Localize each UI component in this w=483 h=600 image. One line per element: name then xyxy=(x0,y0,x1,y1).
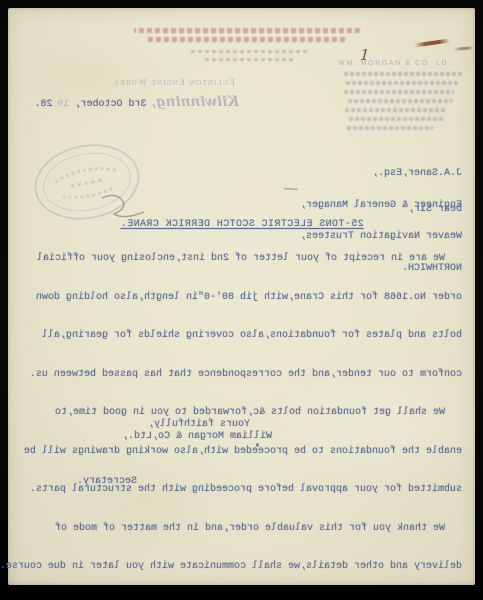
body-line: We thank you for this valuable order,and… xyxy=(10,524,462,543)
body-line: delivery and other details,we shall comm… xyxy=(10,562,462,581)
faint-letterhead-line xyxy=(134,28,360,33)
faint-letterhead-line xyxy=(191,50,307,53)
bleedthrough-line xyxy=(346,81,460,85)
ink-dot xyxy=(256,443,259,447)
body-line: conform to our tender,and the correspond… xyxy=(10,370,462,389)
letterhead-place: Kilwinning, xyxy=(152,94,239,110)
faint-letterhead-line xyxy=(147,37,345,42)
bleedthrough-line xyxy=(344,72,464,76)
faint-letterhead-line xyxy=(205,58,293,61)
bleedthrough-company-name: WM. MORGAN & CO. LD. xyxy=(338,60,452,67)
mirrored-letter-content: Eglinton Engine Works, Kilwinning, 3rd O… xyxy=(8,8,475,585)
valediction: Yours faithfully, xyxy=(148,420,250,430)
letterhead-dateline: Kilwinning, 3rd October, 19 28. xyxy=(34,94,239,110)
date-typed: 3rd October, xyxy=(75,100,147,110)
bleedthrough-line xyxy=(344,90,454,94)
secretary-signoff: Secretary. xyxy=(77,477,137,487)
body-line: order No.1668 for this Crane,with jib 80… xyxy=(10,293,462,312)
bleedthrough-line xyxy=(349,117,443,121)
bleedthrough-line xyxy=(345,108,445,112)
letterhead-works-line: Eglinton Engine Works, xyxy=(110,78,235,88)
letter-body: We are in receipt of your letter of 2nd … xyxy=(10,234,462,600)
handwritten-number: 1 xyxy=(359,46,370,65)
letter-photograph: Eglinton Engine Works, Kilwinning, 3rd O… xyxy=(0,0,483,600)
body-line: bolts and plates for foundations,also co… xyxy=(10,331,462,350)
year-printed: 19 xyxy=(58,100,70,110)
year-typed: 28. xyxy=(34,100,52,110)
salutation: Dear Sir, xyxy=(408,205,462,215)
bleedthrough-line xyxy=(347,126,433,130)
bleedthrough-line xyxy=(348,99,452,103)
recipient-line: J.A.Saner,Esq., xyxy=(300,169,462,181)
body-line: submitted for your approval before proce… xyxy=(10,485,462,504)
letter-paper: Eglinton Engine Works, Kilwinning, 3rd O… xyxy=(8,8,475,585)
body-line: enable the foundations to be proceeded w… xyxy=(10,447,462,466)
company-signature: William Morgan & Co,Ltd., xyxy=(122,432,272,442)
body-line: We are in receipt of your letter of 2nd … xyxy=(10,254,462,273)
pencil-squiggle xyxy=(96,190,152,224)
